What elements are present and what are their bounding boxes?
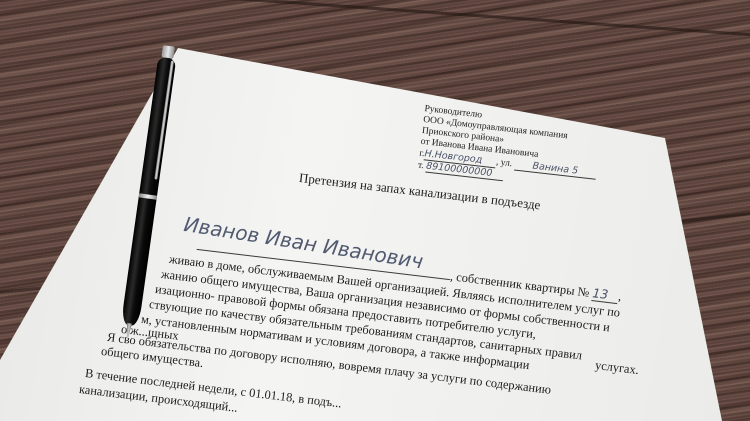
body-line: услугах. (594, 358, 639, 378)
pen-tip (125, 323, 132, 340)
document: Руководителю ООО «Домоуправляющая компан… (0, 0, 750, 421)
addressee-block: Руководителю ООО «Домоуправляющая компан… (417, 104, 601, 192)
phone-prefix: т. (417, 161, 424, 172)
comma: , (617, 289, 622, 303)
apartment-handwritten: 13 (592, 285, 620, 304)
street-prefix: , ул. (495, 157, 512, 169)
